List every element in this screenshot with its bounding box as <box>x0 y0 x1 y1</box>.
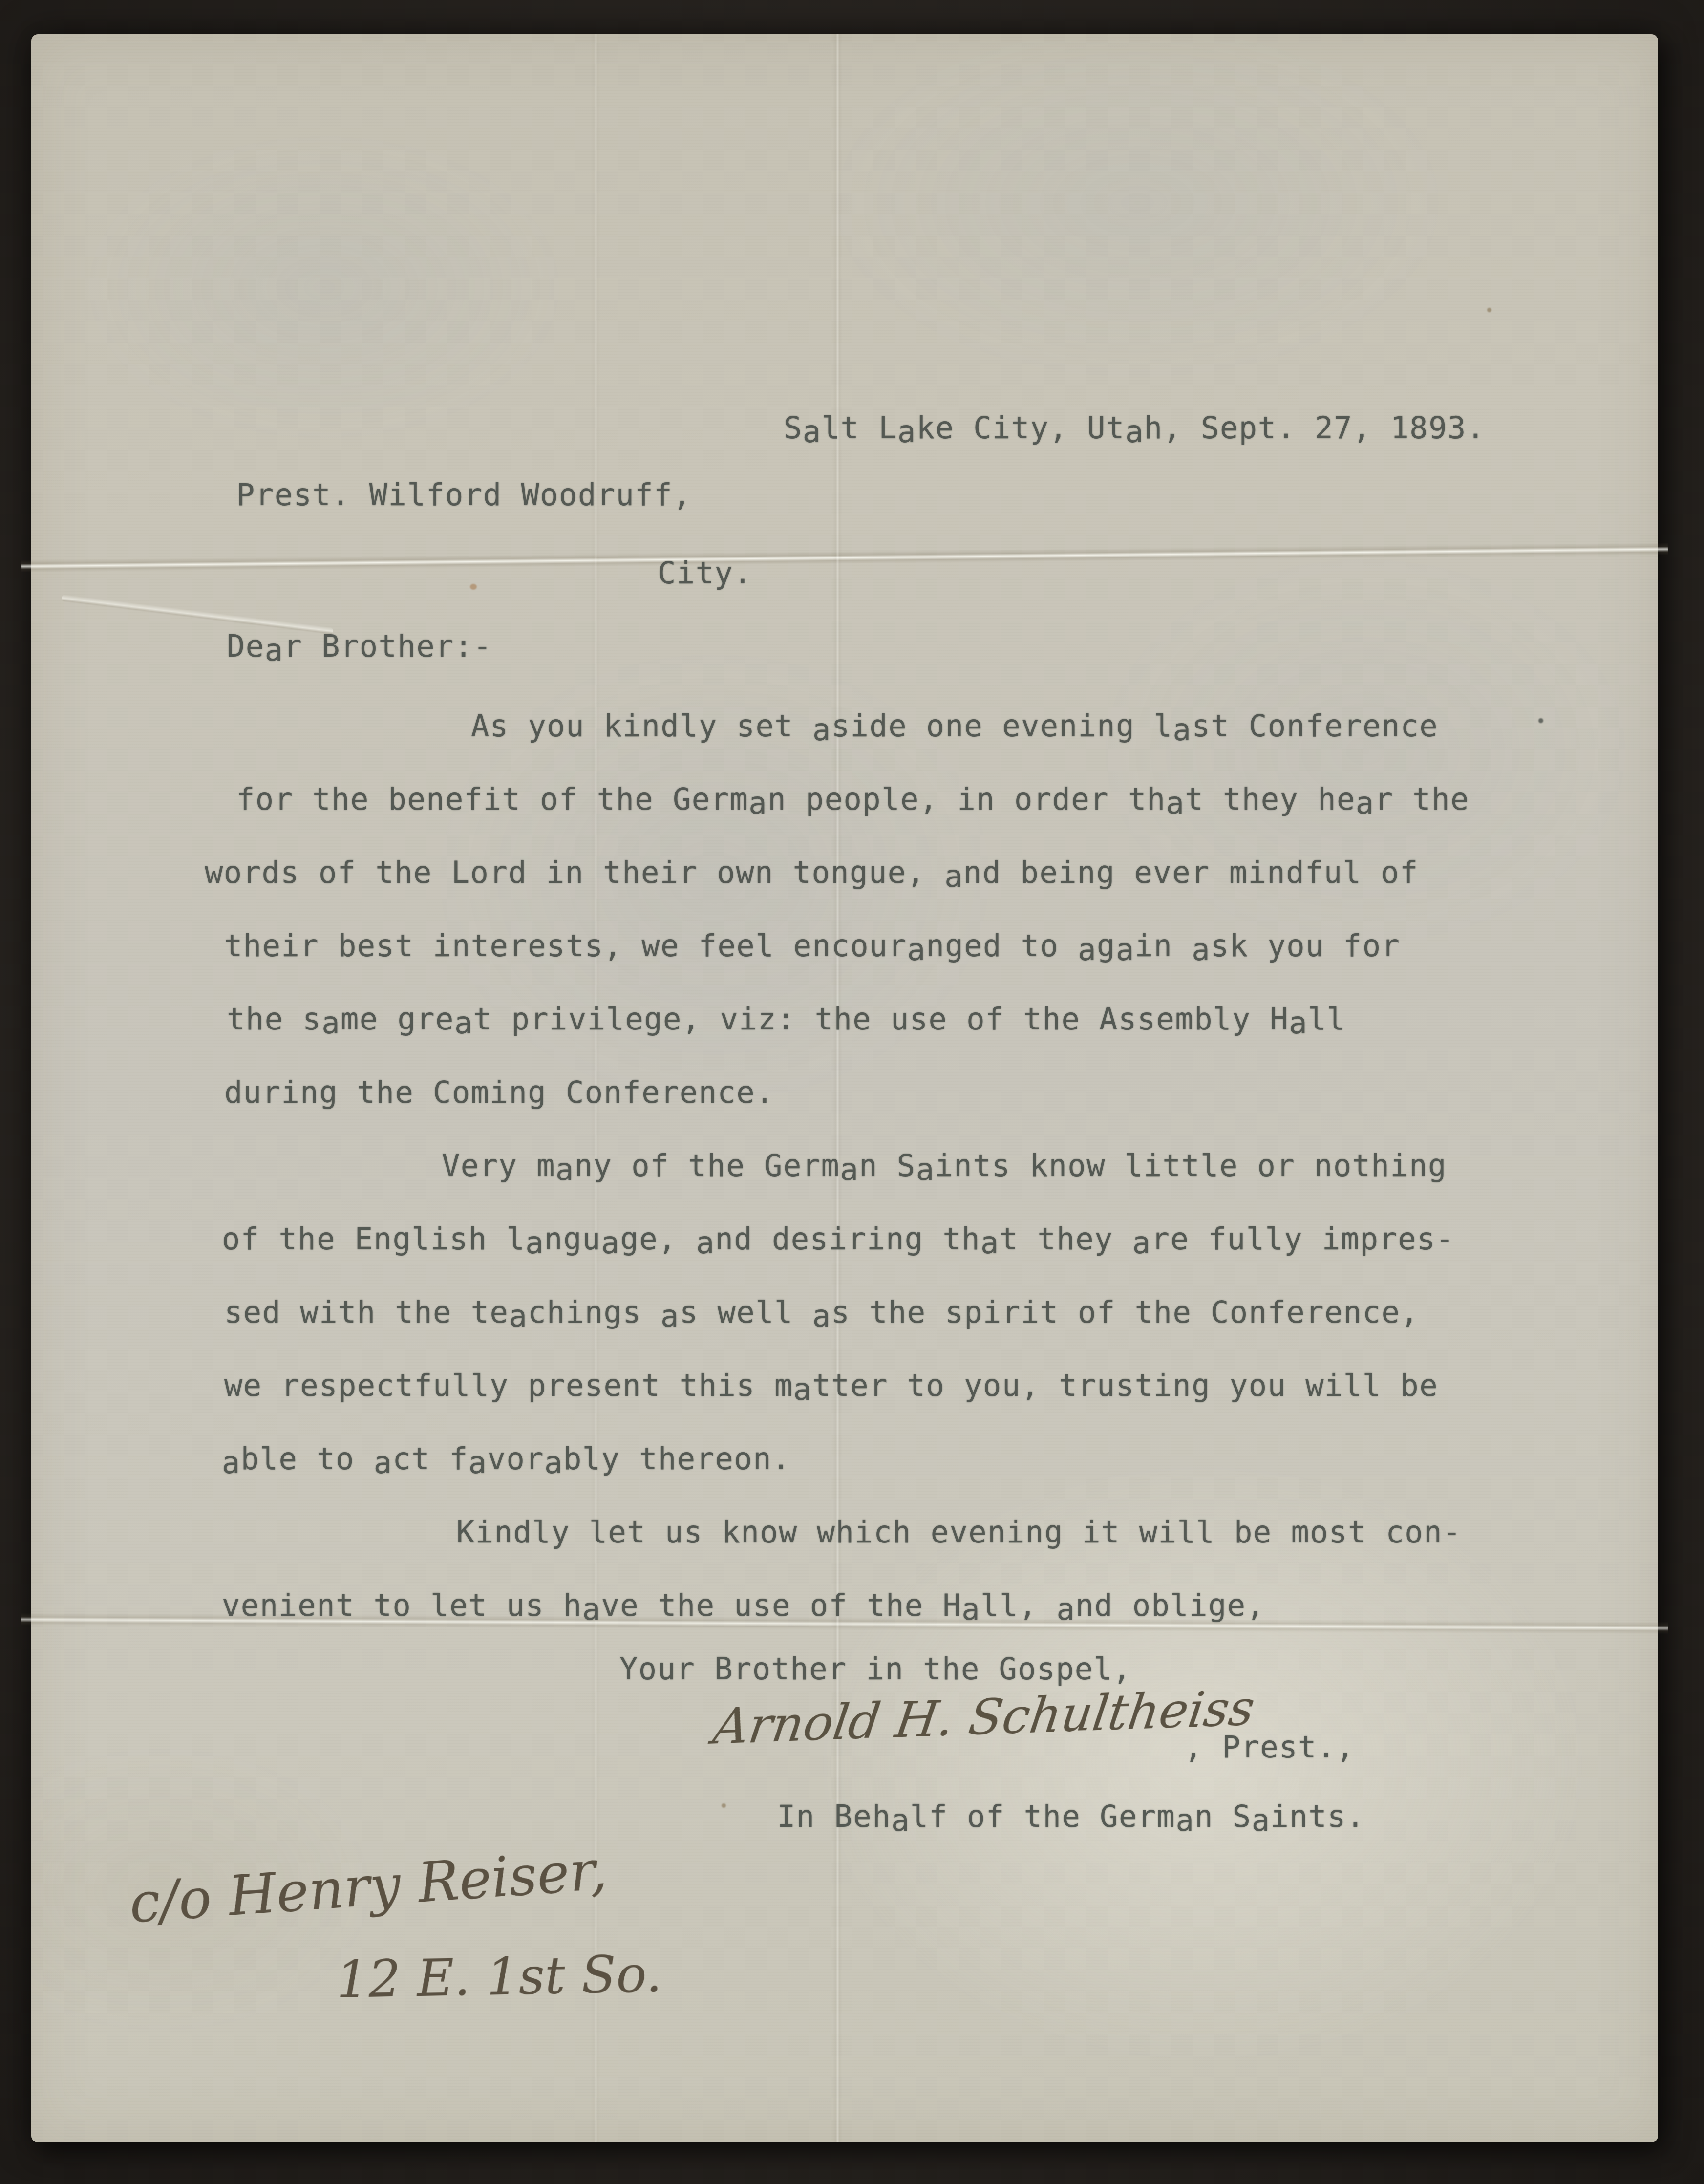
body-line: during the Coming Conference. <box>224 1077 774 1108</box>
fold-crease-upper <box>21 542 1668 572</box>
body-line: we respectfully present this matter to y… <box>224 1370 1438 1401</box>
body-line: sed with the teachings as well as the sp… <box>224 1297 1419 1328</box>
body-line: able to act favorably thereon. <box>222 1444 791 1474</box>
salutation-line: Dear Brother:- <box>227 631 492 662</box>
closing-line: Your Brother in the Gospel, <box>619 1654 1131 1684</box>
handwritten-note-line1: c/o Henry Reiser, <box>128 1843 608 1931</box>
body-line: As you kindly set aside one evening last… <box>471 711 1438 741</box>
body-line: Very many of the German Saints know litt… <box>442 1151 1447 1181</box>
recipient-line: Prest. Wilford Woodruff, <box>236 480 692 510</box>
paper-speck <box>1487 308 1491 312</box>
handwritten-note-line2: 12 E. 1st So. <box>336 1948 662 2005</box>
body-line: venient to let us have the use of the Ha… <box>222 1590 1265 1621</box>
body-line: Kindly let us know which evening it will… <box>456 1517 1462 1547</box>
letter-page: Salt Lake City, Utah, Sept. 27, 1893. Pr… <box>31 34 1658 2142</box>
paper-speck <box>722 1803 726 1808</box>
dateline: Salt Lake City, Utah, Sept. 27, 1893. <box>784 413 1486 443</box>
body-line: of the English language, and desiring th… <box>222 1224 1455 1254</box>
city-line: City. <box>658 558 752 588</box>
stray-ink-dot <box>1538 718 1543 723</box>
body-line: words of the Lord in their own tongue, a… <box>205 857 1419 888</box>
scan-mat-background: Salt Lake City, Utah, Sept. 27, 1893. Pr… <box>0 0 1704 2184</box>
body-line: for the benefit of the German people, in… <box>236 784 1470 814</box>
behalf-line: In Behalf of the German Saints. <box>777 1801 1365 1832</box>
paper-speck <box>470 584 477 590</box>
signature-title: , Prest., <box>1184 1732 1355 1762</box>
signature-script: Arnold H. Schultheiss <box>710 1684 1257 1752</box>
body-line: their best interests, we feel encourange… <box>224 931 1400 961</box>
body-line: the same great privilege, viz: the use o… <box>227 1004 1346 1034</box>
